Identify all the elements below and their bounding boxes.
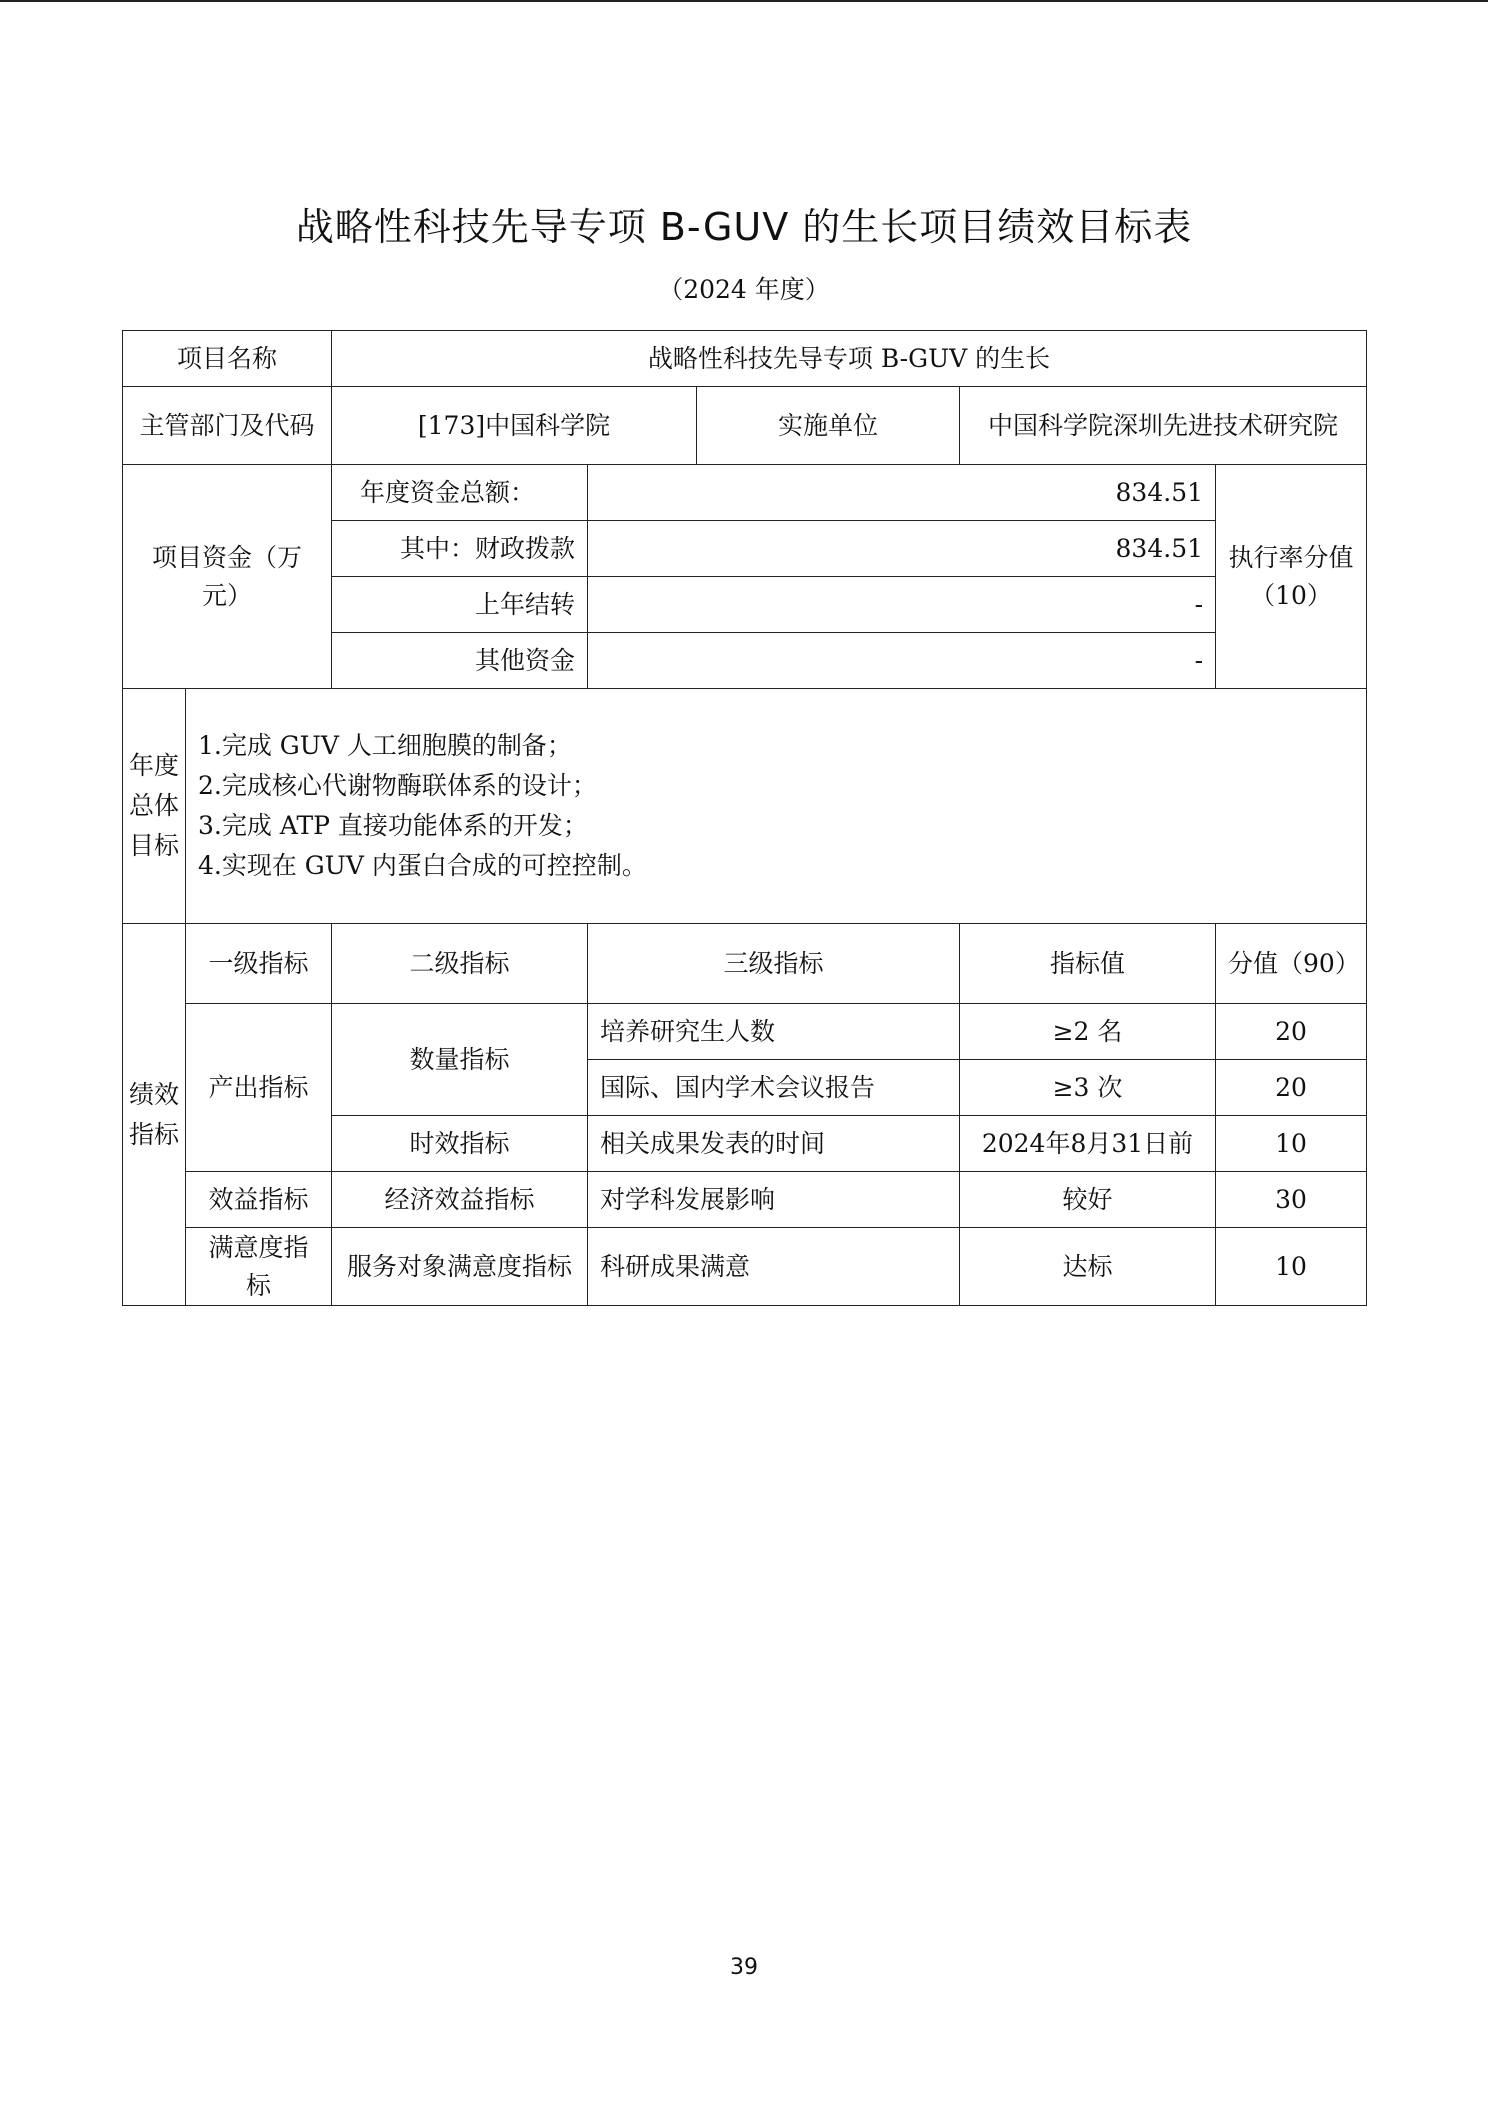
- indicator-level2: 服务对象满意度指标: [332, 1228, 588, 1306]
- department-value: [173]中国科学院: [332, 387, 697, 465]
- indicator-value: 较好: [960, 1172, 1216, 1228]
- fund-row-label: 年度资金总额：: [332, 465, 588, 521]
- department-label: 主管部门及代码: [123, 387, 332, 465]
- indicator-value: 达标: [960, 1228, 1216, 1306]
- indicator-score: 20: [1216, 1060, 1367, 1116]
- document-subtitle: （2024 年度）: [0, 270, 1488, 306]
- indicator-score: 10: [1216, 1228, 1367, 1306]
- indicator-level2: 经济效益指标: [332, 1172, 588, 1228]
- fund-row-value: 834.51: [588, 465, 1216, 521]
- department-row: 主管部门及代码 [173]中国科学院 实施单位 中国科学院深圳先进技术研究院: [123, 387, 1367, 465]
- indicator-level3: 科研成果满意: [588, 1228, 960, 1306]
- fund-row-value: -: [588, 633, 1216, 689]
- implementing-unit-label: 实施单位: [697, 387, 960, 465]
- indicator-value: ≥3 次: [960, 1060, 1216, 1116]
- indicator-score: 20: [1216, 1004, 1367, 1060]
- header-score: 分值（90）: [1216, 924, 1367, 1004]
- goal-item: 3.完成 ATP 直接功能体系的开发；: [198, 806, 1354, 846]
- fund-row: 项目资金（万元） 年度资金总额： 834.51 执行率分值（10）: [123, 465, 1367, 521]
- indicator-level3: 国际、国内学术会议报告: [588, 1060, 960, 1116]
- performance-indicators-label: 绩效指标: [123, 924, 186, 1306]
- indicator-level2: 数量指标: [332, 1004, 588, 1116]
- header-level3: 三级指标: [588, 924, 960, 1004]
- fund-row-label: 其他资金: [332, 633, 588, 689]
- fund-row-label: 上年结转: [332, 577, 588, 633]
- header-level2: 二级指标: [332, 924, 588, 1004]
- goal-item: 4.实现在 GUV 内蛋白合成的可控控制。: [198, 846, 1354, 886]
- indicator-header-row: 绩效指标 一级指标 二级指标 三级指标 指标值 分值（90）: [123, 924, 1367, 1004]
- fund-row-value: -: [588, 577, 1216, 633]
- indicator-row: 满意度指标 服务对象满意度指标 科研成果满意 达标 10: [123, 1228, 1367, 1306]
- annual-goals-content: 1.完成 GUV 人工细胞膜的制备； 2.完成核心代谢物酶联体系的设计； 3.完…: [186, 689, 1367, 924]
- indicator-value: 2024年8月31日前: [960, 1116, 1216, 1172]
- indicator-level1: 满意度指标: [186, 1228, 332, 1306]
- indicator-score: 10: [1216, 1116, 1367, 1172]
- goal-item: 2.完成核心代谢物酶联体系的设计；: [198, 766, 1354, 806]
- project-name-row: 项目名称 战略性科技先导专项 B-GUV 的生长: [123, 331, 1367, 387]
- indicator-level1: 效益指标: [186, 1172, 332, 1228]
- header-value: 指标值: [960, 924, 1216, 1004]
- fund-row-value: 834.51: [588, 521, 1216, 577]
- indicator-level2: 时效指标: [332, 1116, 588, 1172]
- project-name-value: 战略性科技先导专项 B-GUV 的生长: [332, 331, 1367, 387]
- indicator-score: 30: [1216, 1172, 1367, 1228]
- indicator-level1: 产出指标: [186, 1004, 332, 1172]
- annual-goals-label: 年度总体目标: [123, 689, 186, 924]
- indicator-row: 效益指标 经济效益指标 对学科发展影响 较好 30: [123, 1172, 1367, 1228]
- performance-target-table: 项目名称 战略性科技先导专项 B-GUV 的生长 主管部门及代码 [173]中国…: [122, 330, 1367, 1306]
- header-level1: 一级指标: [186, 924, 332, 1004]
- indicator-row: 产出指标 数量指标 培养研究生人数 ≥2 名 20: [123, 1004, 1367, 1060]
- page-number: 39: [0, 1955, 1488, 1980]
- execution-rate-label: 执行率分值（10）: [1216, 465, 1367, 689]
- document-title: 战略性科技先导专项 B-GUV 的生长项目绩效目标表: [0, 196, 1488, 251]
- indicator-level3: 对学科发展影响: [588, 1172, 960, 1228]
- indicator-level3: 相关成果发表的时间: [588, 1116, 960, 1172]
- annual-goals-row: 年度总体目标 1.完成 GUV 人工细胞膜的制备； 2.完成核心代谢物酶联体系的…: [123, 689, 1367, 924]
- project-funds-label: 项目资金（万元）: [123, 465, 332, 689]
- goal-item: 1.完成 GUV 人工细胞膜的制备；: [198, 726, 1354, 766]
- implementing-unit-value: 中国科学院深圳先进技术研究院: [960, 387, 1367, 465]
- page-top-border: [0, 0, 1488, 2]
- indicator-value: ≥2 名: [960, 1004, 1216, 1060]
- indicator-level3: 培养研究生人数: [588, 1004, 960, 1060]
- fund-row-label: 其中：财政拨款: [332, 521, 588, 577]
- project-name-label: 项目名称: [123, 331, 332, 387]
